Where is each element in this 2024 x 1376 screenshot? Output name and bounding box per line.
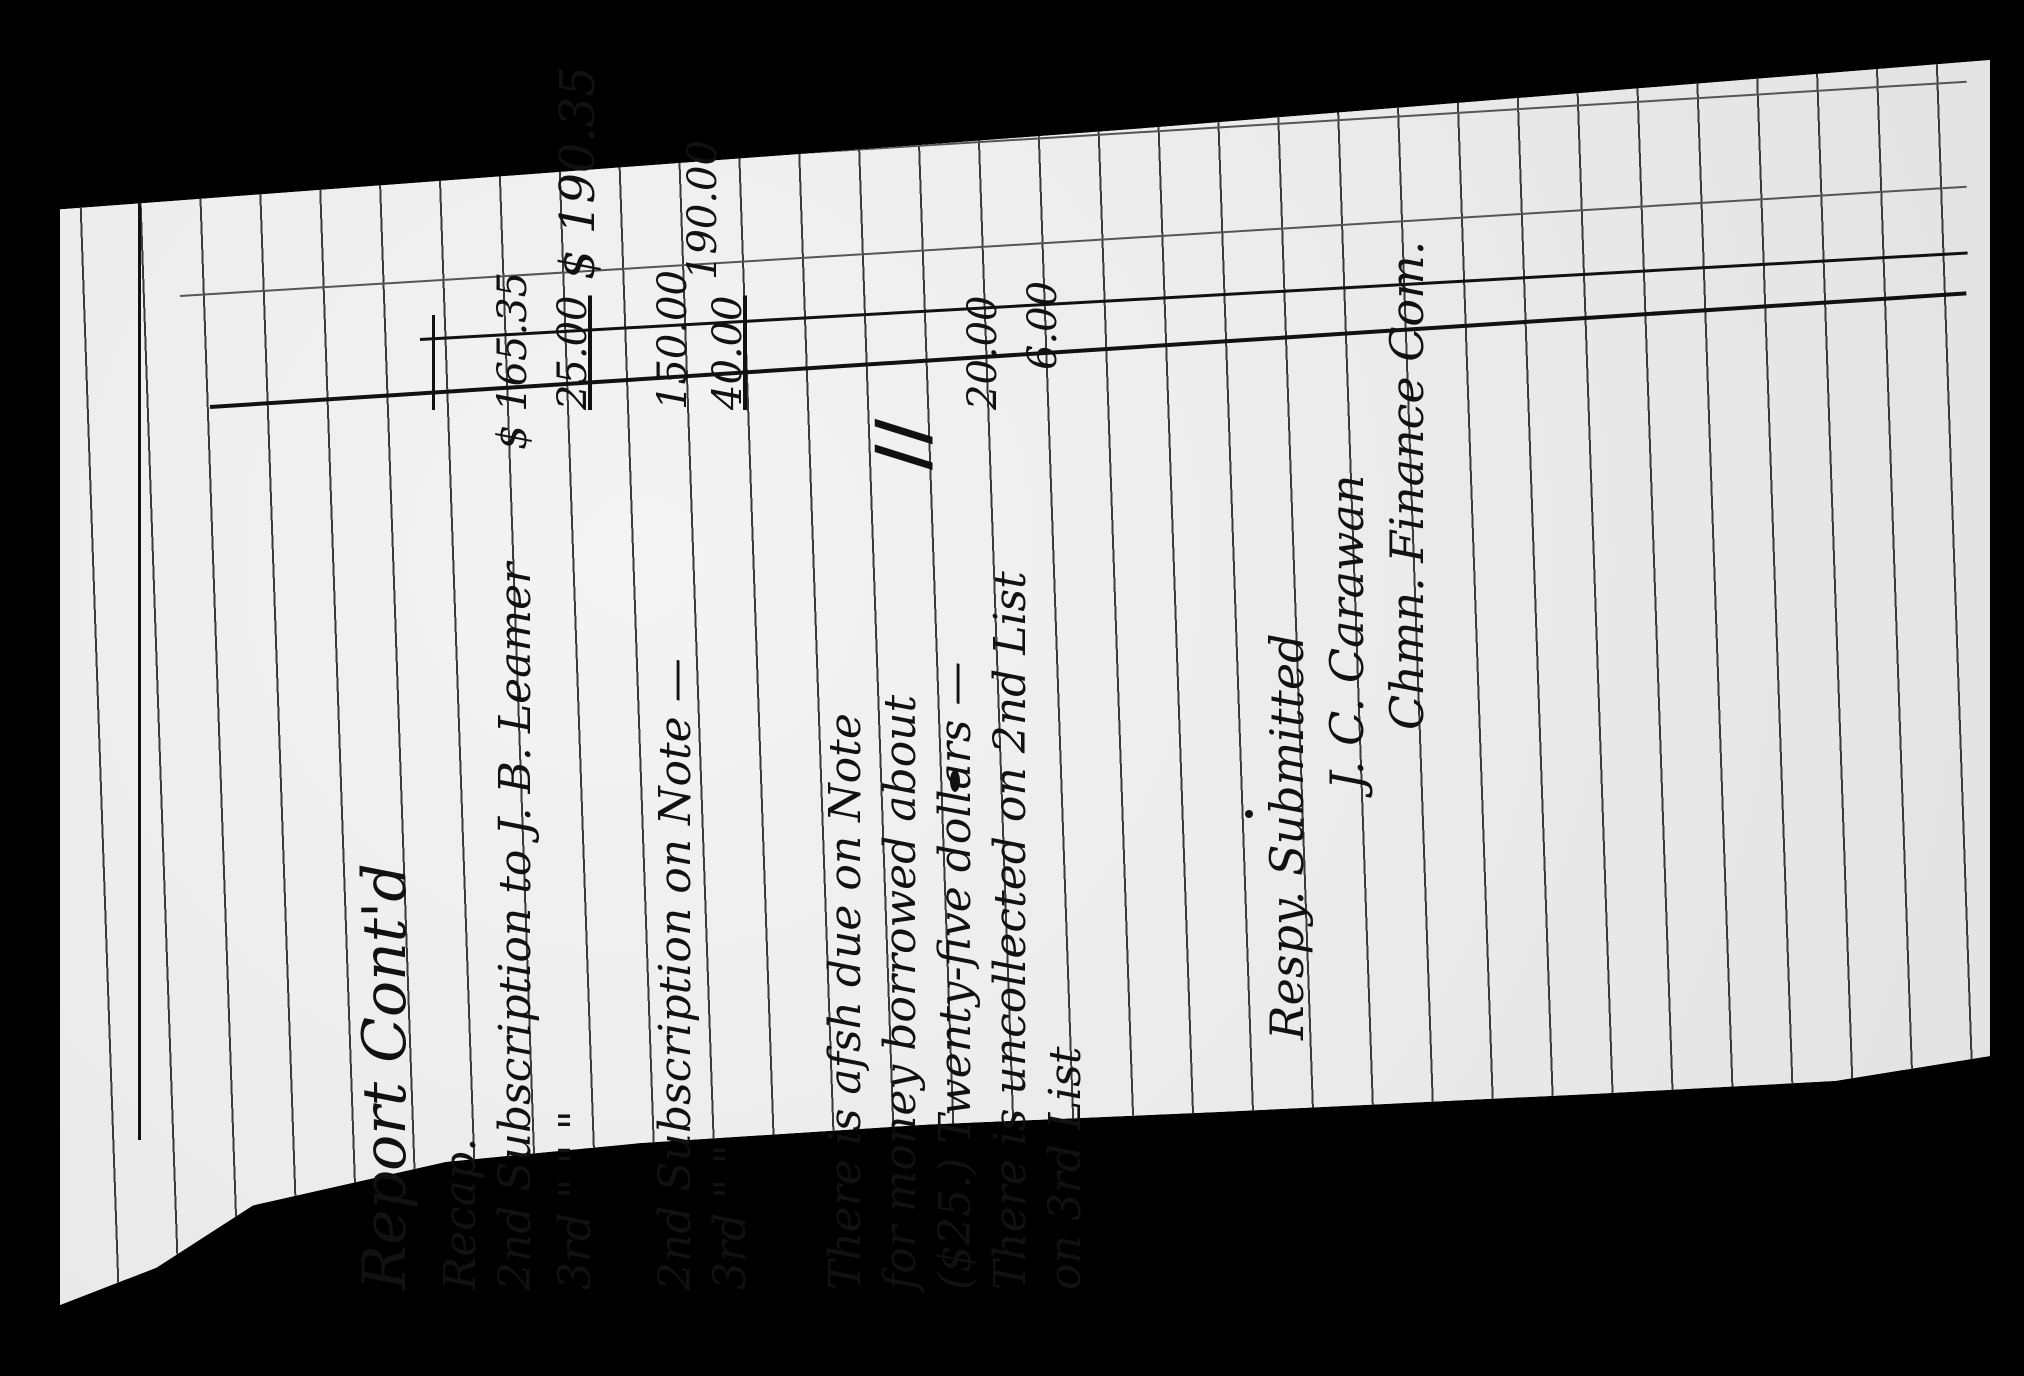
- note-amount: 20.00: [960, 295, 1006, 410]
- note-line: There is afsh due on Note: [820, 713, 871, 1290]
- note-line: for money borrowed about: [875, 695, 926, 1290]
- recap-total: $ 190.35: [550, 66, 606, 280]
- signature-name: J. C. Carawan: [1320, 475, 1374, 790]
- ink-blot: [1245, 810, 1253, 818]
- ledger-margin-rule: [138, 140, 141, 1140]
- report-title: Report Cont'd: [350, 863, 420, 1290]
- recap-amount: $ 165.35: [490, 272, 536, 450]
- tally-mark: //: [860, 419, 943, 470]
- closing-text: Respy. Submitted: [1260, 633, 1314, 1040]
- recap-label: Recap.: [435, 1138, 486, 1290]
- recap-row-label: 3rd " " ": [550, 1110, 601, 1290]
- recap-amount: 25.00: [550, 295, 596, 410]
- recap-row-label: 3rd " ": [705, 1144, 756, 1290]
- recap-amount: 40.00: [705, 295, 751, 410]
- ink-blot: [950, 770, 960, 792]
- note-line: ($25.) Twenty-five dollars —: [930, 662, 981, 1290]
- handwritten-content: Report Cont'd Recap. 2nd Subscription to…: [260, 110, 1460, 1290]
- recap-amount: 150.00: [650, 270, 696, 410]
- recap-total: 190.00: [680, 140, 726, 280]
- note-line: There is uncollected on 2nd List: [985, 571, 1036, 1290]
- signature-title: Chmn. Finance Com.: [1380, 241, 1434, 730]
- note-amount: 6.00: [1020, 281, 1066, 370]
- recap-row-label: 2nd Subscription on Note —: [650, 658, 701, 1290]
- recap-row-label: 2nd Subscription to J. B. Leamer: [490, 563, 541, 1290]
- note-line: on 3rd List: [1040, 1046, 1091, 1290]
